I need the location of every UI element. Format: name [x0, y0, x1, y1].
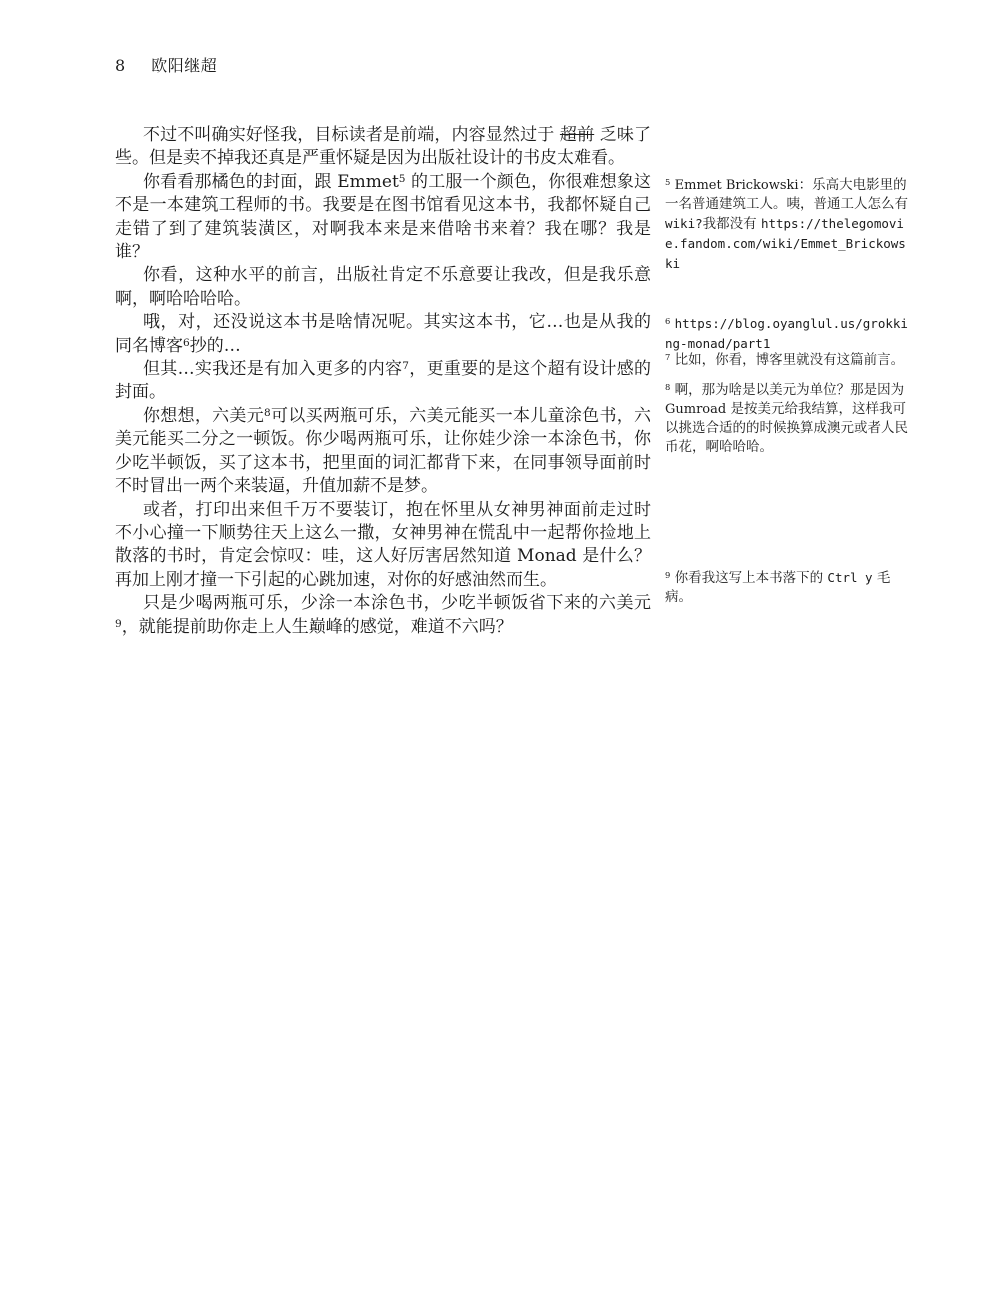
text-segment: Emmet	[337, 172, 399, 192]
sidenote-8: 8 啊，那为啥是以美元为单位？那是因为 Gumroad 是按美元给我结算，这样我…	[665, 381, 911, 457]
text-segment: 比如，你看，博客里就没有这篇前言。	[670, 352, 904, 368]
text-segment: 我都没有	[703, 216, 761, 232]
text-segment: 不过不叫确实好怪我，目标读者是前端，内容显然过于	[143, 125, 560, 145]
paragraph: 只是少喝两瓶可乐，少涂一本涂色书，少吃半顿饭省下来的六美元9，就能提前助你走上人…	[115, 592, 651, 639]
paragraph: 你想想，六美元8可以买两瓶可乐，六美元能买一本儿童涂色书，六美元能买二分之一顿饭…	[115, 405, 651, 499]
paragraph: 不过不叫确实好怪我，目标读者是前端，内容显然过于 超前 乏味了些。但是卖不掉我还…	[115, 124, 651, 171]
footnote-ref: 9	[115, 618, 122, 630]
paragraph: 你看，这种水平的前言，出版社肯定不乐意要让我改，但是我乐意啊，啊哈哈哈哈。	[115, 264, 651, 311]
book-page: 8 欧阳继超 不过不叫确实好怪我，目标读者是前端，内容显然过于 超前 乏味了些。…	[0, 0, 1005, 1301]
footnote-ref: 9	[665, 570, 670, 580]
paragraph: 但其…实我还是有加入更多的内容7，更重要的是这个超有设计感的封面。	[115, 358, 651, 405]
page-number: 8	[115, 56, 125, 76]
footnote-ref: 8	[264, 407, 271, 419]
paragraph: 你看看那橘色的封面，跟 Emmet5 的工服一个颜色，你很难想象这不是一本建筑工…	[115, 171, 651, 265]
text-segment: 你想想，六美元	[143, 406, 264, 426]
sidenote-5: 5 Emmet Brickowski：乐高大电影里的一名普通建筑工人。咦，普通工…	[665, 176, 911, 274]
footnote-ref: 6	[665, 316, 670, 326]
header-author-title: 欧阳继超	[151, 56, 217, 76]
main-text-column: 不过不叫确实好怪我，目标读者是前端，内容显然过于 超前 乏味了些。但是卖不掉我还…	[115, 124, 651, 639]
text-segment: Monad	[517, 546, 577, 566]
text-segment: Gumroad	[665, 402, 726, 417]
text-segment: 啊，那为啥是以美元为单位？那是因为	[670, 382, 904, 398]
deleted-text: 超前	[560, 125, 594, 145]
paragraph: 或者，打印出来但千万不要装订，抱在怀里从女神男神面前走过时不小心撞一下顺势往天上…	[115, 499, 651, 593]
text-segment: Emmet Brickowski	[675, 178, 799, 193]
text-segment: ，就能提前助你走上人生巅峰的感觉，难道不六吗？	[122, 617, 513, 637]
footnote-ref: 6	[183, 337, 190, 349]
code-text: Ctrl y	[827, 570, 872, 585]
paragraph: 哦，对，还没说这本书是啥情况呢。其实这本书，它…也是从我的同名博客6抄的…	[115, 311, 651, 358]
footnote-ref: 5	[665, 177, 670, 187]
sidenote-6: 6 https://blog.oyanglul.us/grokking-mona…	[665, 314, 911, 354]
text-segment: 只是少喝两瓶可乐，少涂一本涂色书，少吃半顿饭省下来的六美元	[143, 593, 651, 613]
footnote-ref: 7	[665, 352, 670, 362]
url-link[interactable]: https://blog.oyanglul.us/grokking-monad/…	[665, 316, 908, 351]
text-segment: 你看我这写上本书落下的	[670, 570, 827, 586]
text-segment: 你看，这种水平的前言，出版社肯定不乐意要让我改，但是我乐意啊，啊哈哈哈哈。	[115, 265, 651, 308]
sidenote-9: 9 你看我这写上本书落下的 Ctrl y 毛病。	[665, 568, 911, 607]
footnote-ref: 8	[665, 382, 670, 392]
text-segment: 但其…实我还是有加入更多的内容	[143, 359, 402, 379]
footnote-ref: 5	[399, 173, 406, 185]
text-segment: 你看看那橘色的封面，跟	[143, 172, 337, 192]
text-segment: 抄的…	[190, 336, 241, 356]
sidenote-7: 7 比如，你看，博客里就没有这篇前言。	[665, 351, 911, 370]
running-header: 8 欧阳继超	[115, 56, 217, 76]
footnote-ref: 7	[402, 360, 409, 372]
code-text: wiki?	[665, 216, 703, 231]
